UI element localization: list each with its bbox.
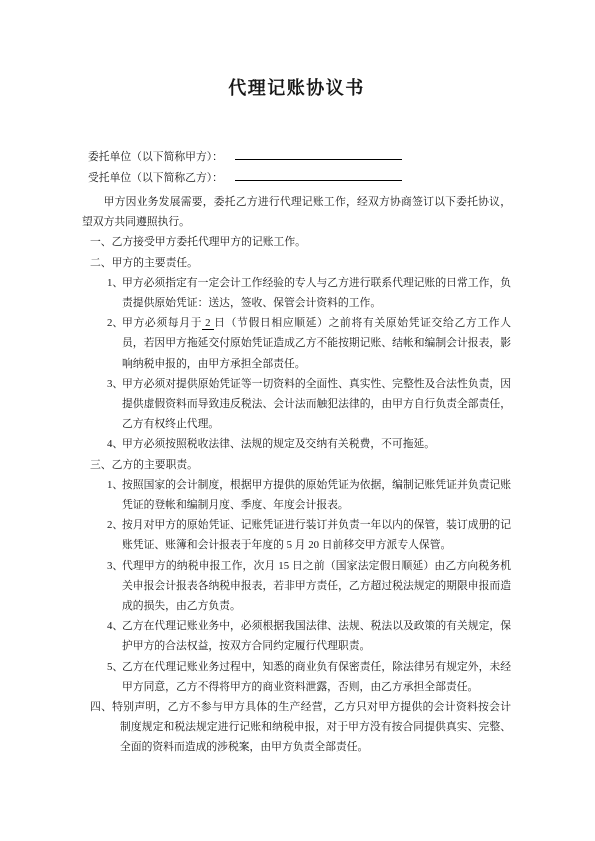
- item-text: 乙方在代理记账业务过程中，知悉的商业负有保密责任，除法律另有规定外，未经甲方同意…: [122, 661, 511, 693]
- list-item: 4、 甲方必须按照税收法律、法规的规定及交纳有关税费，不可拖延。: [122, 434, 511, 454]
- item-text: 甲方必须指定有一定会计工作经验的专人与乙方进行联系代理记账的日常工作，负责提供原…: [122, 277, 511, 309]
- item-text-before-blank: 甲方必须每月于: [122, 317, 202, 329]
- intro-paragraph: 甲方因业务发展需要，委托乙方进行代理记账工作，经双方协商签订以下委托协议，望双方…: [82, 192, 511, 232]
- document-body: 甲方因业务发展需要，委托乙方进行代理记账工作，经双方协商签订以下委托协议，望双方…: [82, 192, 511, 758]
- item-number: 1、: [107, 475, 123, 495]
- list-item: 3、 甲方必须对提供原始凭证等一切资料的全面性、真实性、完整性及合法性负责，因提…: [122, 374, 511, 435]
- underlined-day-value: 2: [202, 317, 213, 330]
- party-a-fill-in-blank: [235, 146, 402, 160]
- party-b-line: 受托单位（以下简称乙方）：: [88, 167, 511, 188]
- document-page: 代理记账协议书 委托单位（以下简称甲方）： 受托单位（以下简称乙方）： 甲方因业…: [0, 0, 595, 841]
- item-number: 5、: [107, 657, 123, 677]
- item-number: 3、: [107, 374, 123, 394]
- list-item: 1、 按照国家的会计制度，根据甲方提供的原始凭证为依据，编制记账凭证并负责记账凭…: [122, 475, 511, 515]
- item-text: 甲方必须对提供原始凭证等一切资料的全面性、真实性、完整性及合法性负责，因提供虚假…: [122, 378, 511, 430]
- item-number: 4、: [107, 616, 123, 636]
- party-block: 委托单位（以下简称甲方）： 受托单位（以下简称乙方）：: [88, 146, 511, 188]
- list-item: 4、 乙方在代理记账业务中，必须根据我国法律、法规、税法以及政策的有关规定，保护…: [122, 616, 511, 656]
- item-number: 2、: [107, 313, 123, 333]
- section-3-heading: 三、乙方的主要职责。: [90, 455, 511, 475]
- item-text: 乙方在代理记账业务中，必须根据我国法律、法规、税法以及政策的有关规定，保护甲方的…: [122, 620, 511, 652]
- party-b-fill-in-blank: [235, 167, 402, 181]
- item-number: 4、: [107, 434, 123, 454]
- list-item: 2、 按月对甲方的原始凭证、记账凭证进行装订并负责一年以内的保管，装订成册的记账…: [122, 515, 511, 555]
- item-text: 按月对甲方的原始凭证、记账凭证进行装订并负责一年以内的保管，装订成册的记账凭证、…: [122, 519, 511, 551]
- party-a-label: 委托单位（以下简称甲方）：: [88, 151, 223, 163]
- section-1-heading: 一、乙方接受甲方委托代理甲方的记账工作。: [90, 232, 511, 252]
- item-text: 甲方必须按照税收法律、法规的规定及交纳有关税费，不可拖延。: [122, 438, 435, 450]
- section-2-items: 1、 甲方必须指定有一定会计工作经验的专人与乙方进行联系代理记账的日常工作，负责…: [82, 273, 511, 455]
- list-item: 1、 甲方必须指定有一定会计工作经验的专人与乙方进行联系代理记账的日常工作，负责…: [122, 273, 511, 313]
- party-b-label: 受托单位（以下简称乙方）：: [88, 172, 223, 184]
- list-item: 3、 代理甲方的纳税申报工作，次月 15 日之前（国家法定假日顺延）由乙方向税务…: [122, 556, 511, 617]
- item-number: 3、: [107, 556, 123, 576]
- item-number: 2、: [107, 515, 123, 535]
- item-text: 代理甲方的纳税申报工作，次月 15 日之前（国家法定假日顺延）由乙方向税务机关申…: [122, 560, 511, 612]
- item-text: 按照国家的会计制度，根据甲方提供的原始凭证为依据，编制记账凭证并负责记账凭证的登…: [122, 479, 511, 511]
- section-3-items: 1、 按照国家的会计制度，根据甲方提供的原始凭证为依据，编制记账凭证并负责记账凭…: [82, 475, 511, 697]
- item-number: 1、: [107, 273, 123, 293]
- section-4-paragraph: 四、特别声明，乙方不参与甲方具体的生产经营，乙方只对甲方提供的会计资料按会计制度…: [120, 697, 511, 758]
- list-item: 5、 乙方在代理记账业务过程中，知悉的商业负有保密责任，除法律另有规定外，未经甲…: [122, 657, 511, 697]
- party-a-line: 委托单位（以下简称甲方）：: [88, 146, 511, 167]
- list-item: 2、 甲方必须每月于2日（节假日相应顺延）之前将有关原始凭证交给乙方工作人员，若…: [122, 313, 511, 374]
- page-title: 代理记账协议书: [82, 74, 511, 100]
- section-2-heading: 二、甲方的主要责任。: [90, 253, 511, 273]
